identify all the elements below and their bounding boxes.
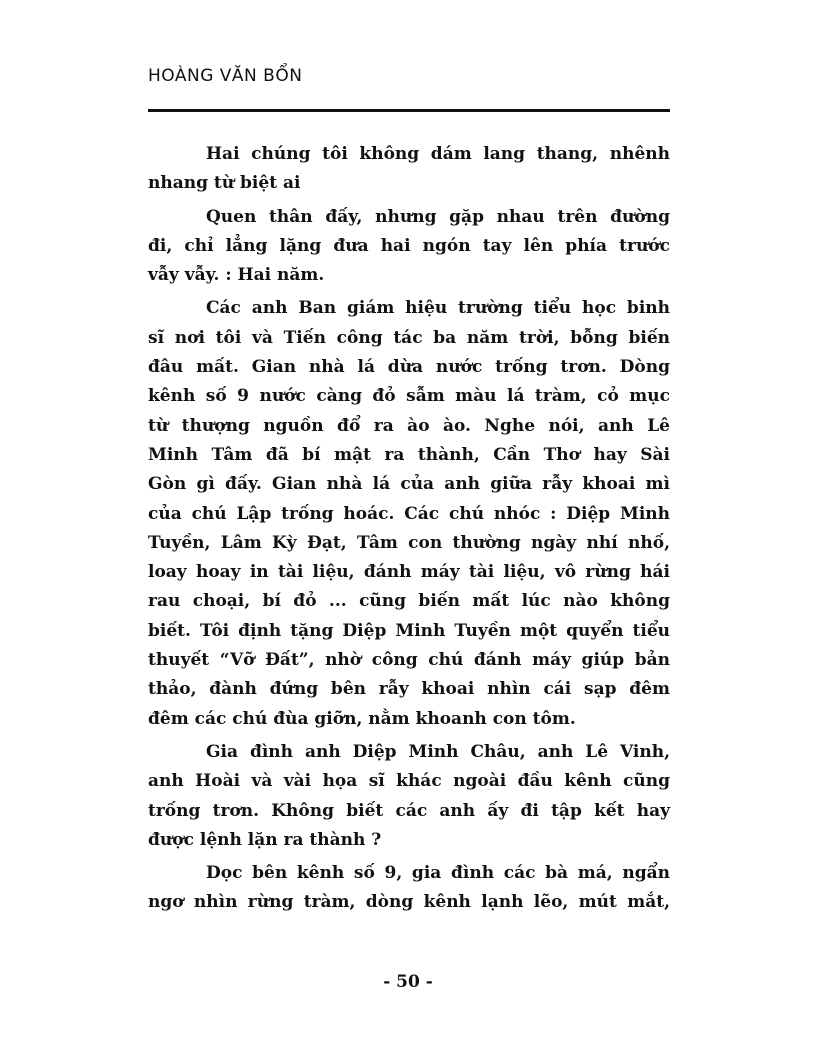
paragraph: Các anh Ban giám hiệu trường tiểu học bi… bbox=[148, 294, 670, 733]
paragraph: Gia đình anh Diệp Minh Châu, anh Lê Vinh… bbox=[148, 738, 670, 855]
text-line: Gia đình anh Diệp Minh Châu, anh Lê Vinh… bbox=[148, 738, 670, 767]
paragraph: Hai chúng tôi không dám lang thang, nhên… bbox=[148, 140, 670, 199]
text-line: Minh Tâm đã bí mật ra thành, Cần Thơ hay… bbox=[148, 441, 670, 470]
text-line: anh Hoài và vài họa sĩ khác ngoài đầu kê… bbox=[148, 767, 670, 796]
text-line: thuyết “Vỡ Đất”, nhờ công chú đánh máy g… bbox=[148, 646, 670, 675]
text-line: đêm các chú đùa giỡn, nằm khoanh con tôm… bbox=[148, 705, 670, 734]
paragraph: Dọc bên kênh số 9, gia đình các bà má, n… bbox=[148, 859, 670, 918]
text-line: biết. Tôi định tặng Diệp Minh Tuyền một … bbox=[148, 617, 670, 646]
running-head-author: HOÀNG VĂN BỔN bbox=[148, 66, 302, 86]
text-line: ngơ nhìn rừng tràm, dòng kênh lạnh lẽo, … bbox=[148, 888, 670, 917]
body-text: Hai chúng tôi không dám lang thang, nhên… bbox=[148, 140, 670, 922]
text-line: loay hoay in tài liệu, đánh máy tài liệu… bbox=[148, 558, 670, 587]
text-line: vẫy vẫy. : Hai năm. bbox=[148, 261, 670, 290]
text-line: Hai chúng tôi không dám lang thang, nhên… bbox=[148, 140, 670, 169]
text-line: rau choại, bí đỏ ... cũng biến mất lúc n… bbox=[148, 587, 670, 616]
text-line: Gòn gì đấy. Gian nhà lá của anh giữa rẫy… bbox=[148, 470, 670, 499]
text-line: thảo, đành đứng bên rẫy khoai nhìn cái s… bbox=[148, 675, 670, 704]
text-line: kênh số 9 nước càng đỏ sẫm màu lá tràm, … bbox=[148, 382, 670, 411]
text-line: được lệnh lặn ra thành ? bbox=[148, 826, 670, 855]
text-line: nhang từ biệt ai bbox=[148, 169, 670, 198]
text-line: Quen thân đấy, nhưng gặp nhau trên đường bbox=[148, 203, 670, 232]
text-line: của chú Lập trống hoác. Các chú nhóc : D… bbox=[148, 500, 670, 529]
text-line: từ thượng nguồn đổ ra ào ào. Nghe nói, a… bbox=[148, 412, 670, 441]
header-rule bbox=[148, 109, 670, 112]
text-line: trống trơn. Không biết các anh ấy đi tập… bbox=[148, 797, 670, 826]
text-line: Các anh Ban giám hiệu trường tiểu học bi… bbox=[148, 294, 670, 323]
text-line: đâu mất. Gian nhà lá dừa nước trống trơn… bbox=[148, 353, 670, 382]
text-line: Dọc bên kênh số 9, gia đình các bà má, n… bbox=[148, 859, 670, 888]
text-line: đi, chỉ lẳng lặng đưa hai ngón tay lên p… bbox=[148, 232, 670, 261]
text-line: sĩ nơi tôi và Tiến công tác ba năm trời,… bbox=[148, 324, 670, 353]
text-line: Tuyền, Lâm Kỳ Đạt, Tâm con thường ngày n… bbox=[148, 529, 670, 558]
paragraph: Quen thân đấy, nhưng gặp nhau trên đường… bbox=[148, 203, 670, 291]
page-number: - 50 - bbox=[0, 972, 816, 992]
